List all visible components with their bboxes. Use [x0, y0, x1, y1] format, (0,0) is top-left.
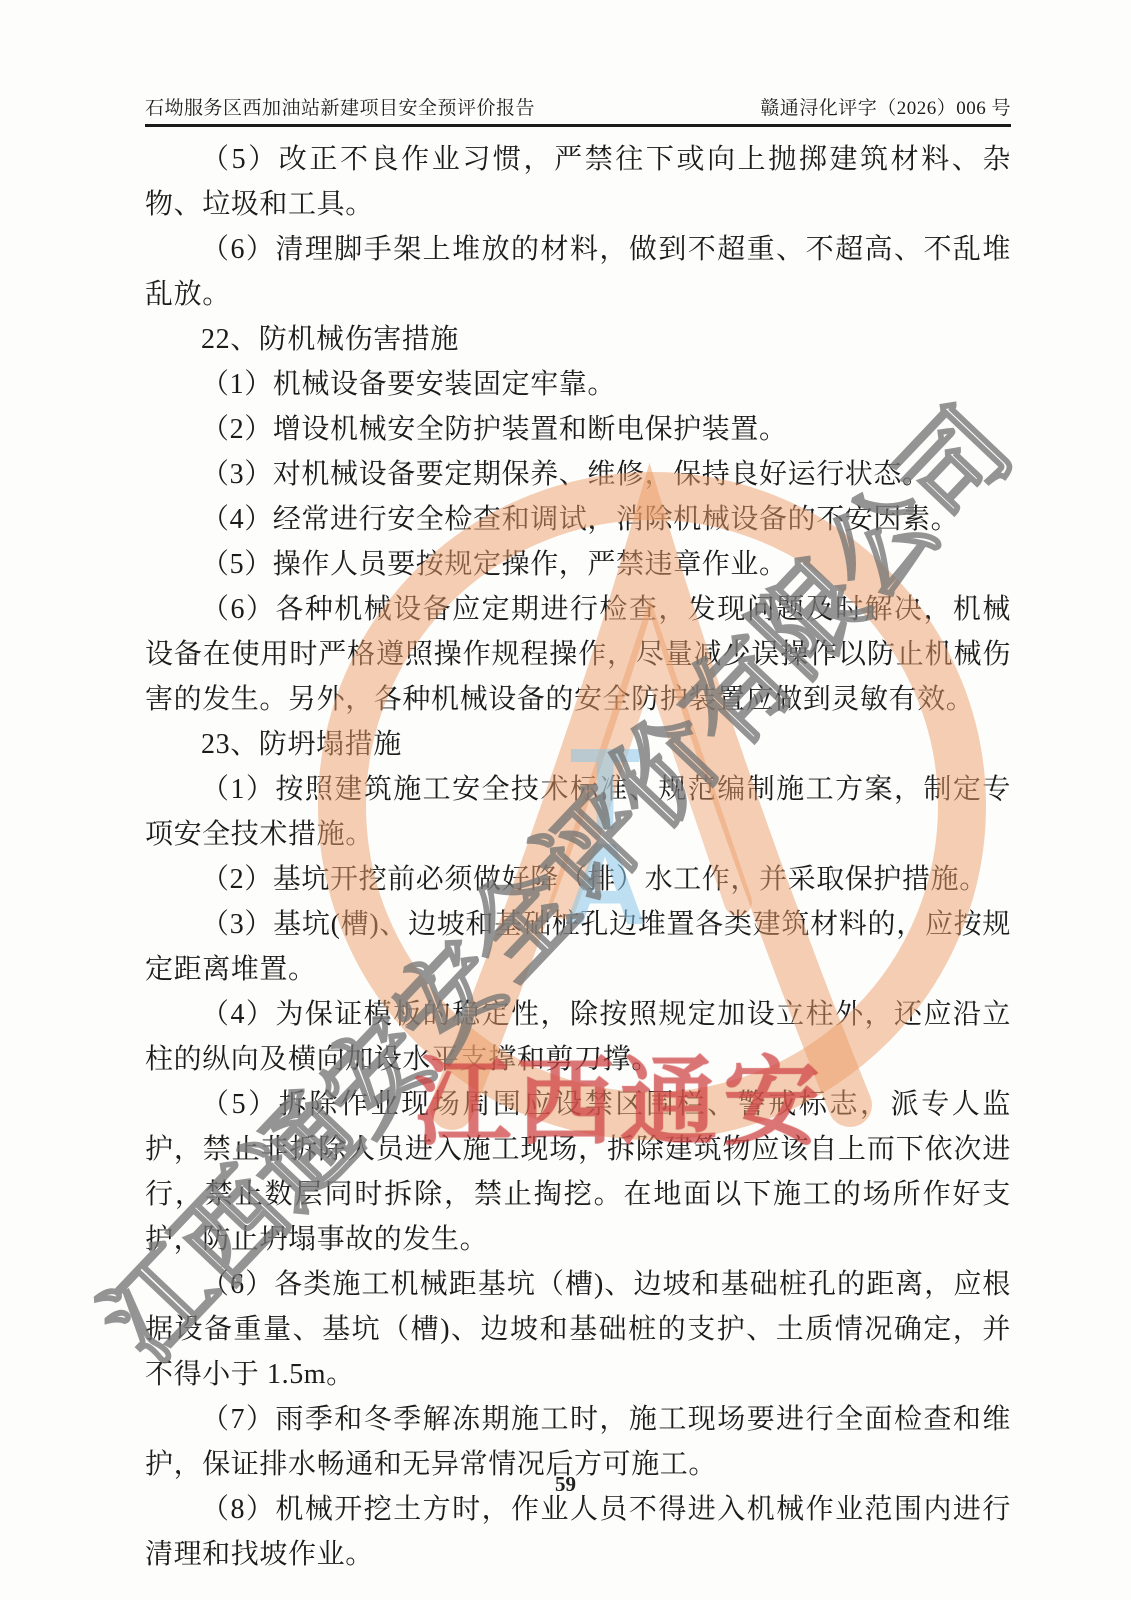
body-paragraph: （4）为保证模板的稳定性，除按照规定加设立柱外，还应沿立柱的纵向及横向加设水平支…: [145, 992, 1011, 1082]
body-paragraph: （5）改正不良作业习惯，严禁往下或向上抛掷建筑材料、杂物、垃圾和工具。: [145, 137, 1011, 227]
body-paragraph: （6）各种机械设备应定期进行检查，发现问题及时解决，机械设备在使用时严格遵照操作…: [145, 587, 1011, 722]
document-body: （5）改正不良作业习惯，严禁往下或向上抛掷建筑材料、杂物、垃圾和工具。 （6）清…: [145, 137, 1011, 1577]
body-paragraph: （8）机械开挖土方时，作业人员不得进入机械作业范围内进行清理和找坡作业。: [145, 1487, 1011, 1577]
section-heading: 22、防机械伤害措施: [145, 317, 1011, 362]
body-paragraph: （3）基坑(槽)、边坡和基础桩孔边堆置各类建筑材料的，应按规定距离堆置。: [145, 902, 1011, 992]
body-paragraph: （1）机械设备要安装固定牢靠。: [145, 362, 1011, 407]
body-paragraph: （2）基坑开挖前必须做好降（排）水工作，并采取保护措施。: [145, 857, 1011, 902]
body-paragraph: （1）按照建筑施工安全技术标准、规范编制施工方案，制定专项安全技术措施。: [145, 767, 1011, 857]
body-paragraph: （4）经常进行安全检查和调试，消除机械设备的不安因素。: [145, 497, 1011, 542]
page-header: 石坳服务区西加油站新建项目安全预评价报告 赣通浔化评字（2026）006 号: [145, 88, 1011, 127]
document-page: 石坳服务区西加油站新建项目安全预评价报告 赣通浔化评字（2026）006 号 （…: [0, 0, 1131, 1600]
body-paragraph: （3）对机械设备要定期保养、维修，保持良好运行状态。: [145, 452, 1011, 497]
section-heading: 23、防坍塌措施: [145, 722, 1011, 767]
body-paragraph: （6）清理脚手架上堆放的材料，做到不超重、不超高、不乱堆乱放。: [145, 227, 1011, 317]
body-paragraph: （2）增设机械安全防护装置和断电保护装置。: [145, 407, 1011, 452]
header-doc-number: 赣通浔化评字（2026）006 号: [760, 93, 1011, 120]
body-paragraph: （7）雨季和冬季解冻期施工时，施工现场要进行全面检查和维护，保证排水畅通和无异常…: [145, 1397, 1011, 1487]
header-report-title: 石坳服务区西加油站新建项目安全预评价报告: [145, 93, 535, 120]
body-paragraph: （5）拆除作业现场周围应设禁区围栏、警戒标志，派专人监护，禁止非拆除人员进入施工…: [145, 1082, 1011, 1262]
body-paragraph: （5）操作人员要按规定操作，严禁违章作业。: [145, 542, 1011, 587]
body-paragraph: （6）各类施工机械距基坑（槽)、边坡和基础桩孔的距离，应根据设备重量、基坑（槽)…: [145, 1262, 1011, 1397]
